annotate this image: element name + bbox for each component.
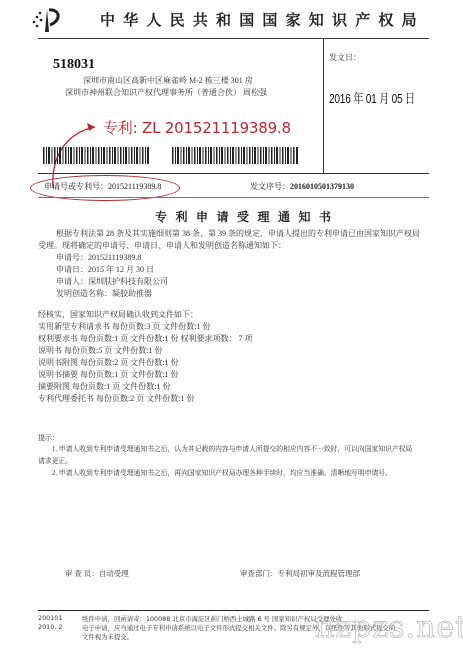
tip-1-line-2: 请求更正。 bbox=[38, 456, 72, 468]
field-application-date: 申请日：2015 年 12 月 30 日 bbox=[56, 264, 154, 276]
watermark: nzpzs.net bbox=[315, 610, 463, 645]
field-applicant: 申请人：深圳肤护科技有限公司 bbox=[56, 276, 168, 288]
intro-line-1: 根据专利法第 28 条及其实施细则第 38 条、第 39 条的规定，申请人提出的… bbox=[56, 228, 420, 240]
barcode-divider bbox=[38, 173, 429, 174]
ids-divider bbox=[38, 197, 429, 198]
document-item: 专利代理委托书 每份页数:2 页 文件份数:1 份 bbox=[38, 393, 194, 405]
issue-date-value: 2016 年 01 月 05 日 bbox=[329, 88, 415, 107]
serial-number-label: 发文序号： bbox=[250, 182, 290, 191]
field-label: 申请号： bbox=[56, 253, 88, 262]
field-label: 发明创造名称： bbox=[56, 289, 112, 298]
field-value: 深圳肤护科技有限公司 bbox=[88, 277, 168, 286]
application-number-label: 申请号或专利号： bbox=[44, 182, 108, 191]
notice-title: 专利申请受理通知书 bbox=[155, 208, 340, 225]
serial-number-value: 2016010501379130 bbox=[290, 182, 354, 191]
recipient-postcode: 518031 bbox=[53, 57, 95, 73]
tips-label: 提示： bbox=[38, 432, 59, 444]
field-invention-name: 发明创造名称：凝胶助推器 bbox=[56, 288, 152, 300]
footer-line-1: 纸件申请，回函请寄：100088 北京市海淀区蓟门桥西土城路 6 号 国家知识产… bbox=[82, 614, 342, 623]
field-value: 201521119389.8 bbox=[88, 253, 141, 262]
organization-title: 中华人民共和国国家知识产权局 bbox=[100, 9, 425, 30]
tip-1-line-1: 1. 申请人收到专利申请受理通知书之后，认为其记载的内容与申请人所提交的相应内容… bbox=[52, 444, 412, 456]
document-item: 说明书摘要 每份页数:1 页 文件份数:1 份 bbox=[38, 369, 178, 381]
barcode-right bbox=[172, 147, 298, 164]
footer-code-2: 2010. 2 bbox=[38, 623, 62, 631]
vertical-divider bbox=[323, 38, 324, 173]
field-application-number: 申请号：201521119389.8 bbox=[56, 252, 141, 264]
recipient-address: 深圳市南山区高新中区麻雀岭 M-2 栋三楼 301 房 bbox=[83, 75, 253, 86]
document-item: 权利要求书 每份页数:1 页 文件份数:1 份 权利要求项数： 7 项 bbox=[38, 333, 252, 345]
patent-number-annotation: 专利: ZL 201521119389.8 bbox=[103, 117, 291, 138]
barcode-left bbox=[43, 147, 149, 164]
document-item: 说明书附图 每份页数:2 页 文件份数:1 份 bbox=[38, 357, 178, 369]
footer-code-1: 200101 bbox=[38, 614, 62, 622]
application-number: 申请号或专利号：201521119389.8 bbox=[44, 181, 161, 192]
cnipa-logo-icon bbox=[30, 4, 64, 34]
examiner: 审 查 员：自动受理 bbox=[65, 568, 129, 580]
tip-2: 2. 申请人收到专利申请受理通知书之后，再向国家知识产权局办理各种手续时，均应当… bbox=[52, 468, 392, 480]
field-label: 申请人： bbox=[56, 277, 88, 286]
documents-intro: 经核实，国家知识产权局确认收到文件如下： bbox=[38, 309, 198, 321]
field-value: 2015 年 12 月 30 日 bbox=[88, 265, 154, 274]
document-item: 实用新型专利请求书 每份页数:3 页 文件份数:1 份 bbox=[38, 321, 210, 333]
application-number-value: 201521119389.8 bbox=[108, 182, 161, 191]
field-label: 申请日： bbox=[56, 265, 88, 274]
recipient-agency: 深圳市神州联合知识产权代理事务所（普通合伙） 周松强 bbox=[65, 87, 267, 98]
field-value: 凝胶助推器 bbox=[112, 289, 152, 298]
header-divider bbox=[38, 38, 429, 39]
examining-department: 审查部门：专利局初审及流程管理部 bbox=[240, 568, 360, 580]
issue-date-label: 发文日： bbox=[329, 52, 361, 63]
document-item: 说明书 每份页数:5 页 文件份数:1 份 bbox=[38, 345, 162, 357]
intro-line-2: 受理。现将确定的申请号、申请日、申请人和发明创造名称通知如下： bbox=[38, 240, 286, 252]
serial-number: 发文序号：2016010501379130 bbox=[250, 181, 354, 192]
document-item: 摘要附图 每份页数:1 页 文件份数:1 份 bbox=[38, 381, 170, 393]
footer-line-3: 文件视为未提交。 bbox=[82, 632, 133, 641]
